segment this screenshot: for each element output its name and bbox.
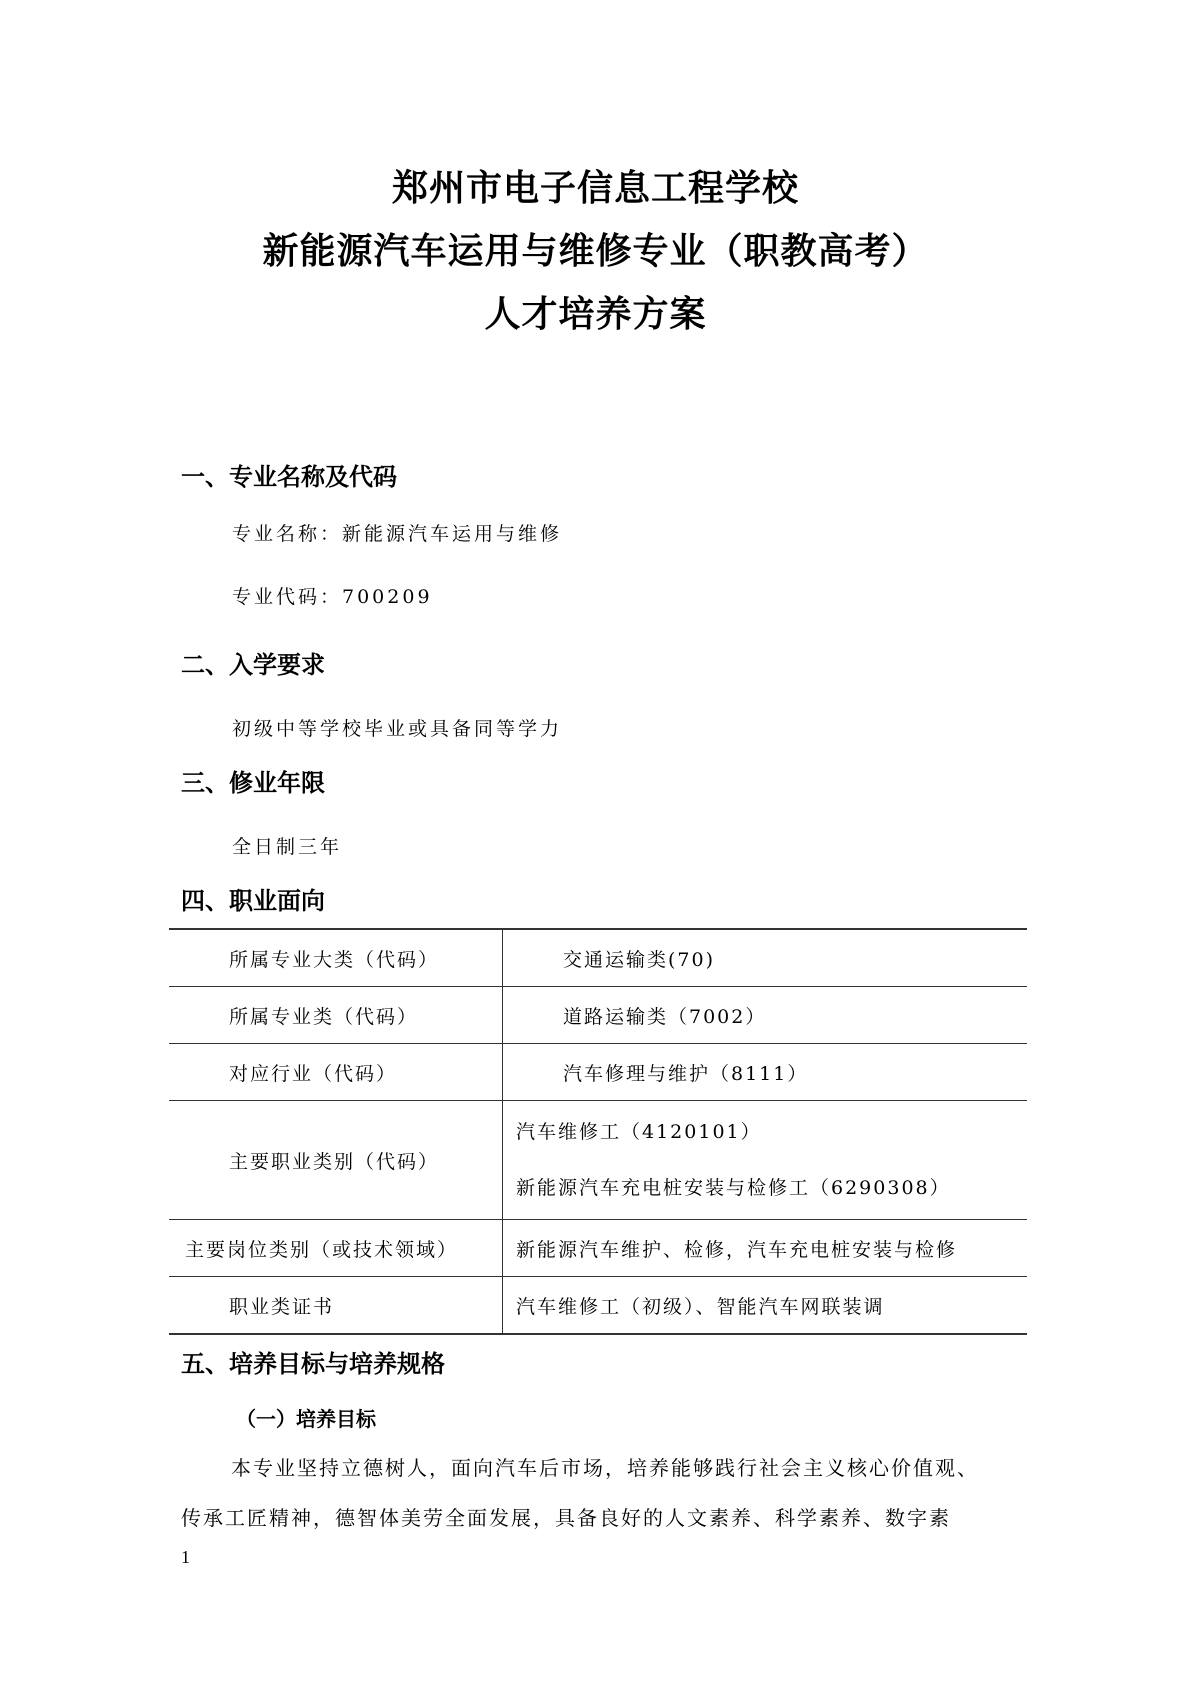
title-program: 新能源汽车运用与维修专业（职教高考） [0, 223, 1191, 274]
table-row: 所属专业大类（代码） 交通运输类(70) [169, 929, 1027, 987]
title-school: 郑州市电子信息工程学校 [0, 160, 1191, 211]
section-heading-3: 三、修业年限 [181, 763, 325, 798]
row-label: 所属专业大类（代码） [169, 945, 502, 972]
paragraph-line: 传承工匠精神，德智体美劳全面发展，具备良好的人文素养、科学素养、数字素 [181, 1493, 1021, 1543]
page-number: 1 [181, 1547, 190, 1568]
row-label: 所属专业类（代码） [169, 1002, 502, 1029]
section-heading-4: 四、职业面向 [181, 881, 325, 916]
row-value: 交通运输类(70) [503, 945, 1027, 972]
career-orientation-table: 所属专业大类（代码） 交通运输类(70) 所属专业类（代码） 道路运输类（700… [169, 928, 1027, 1335]
row-value: 汽车维修工（4120101） [503, 1104, 1027, 1160]
study-duration: 全日制三年 [232, 832, 342, 859]
row-value: 新能源汽车维护、检修，汽车充电桩安装与检修 [503, 1235, 1027, 1262]
row-label: 主要岗位类别（或技术领域） [169, 1235, 502, 1262]
row-value: 新能源汽车充电桩安装与检修工（6290308） [503, 1160, 1027, 1216]
training-goal-paragraph: 本专业坚持立德树人，面向汽车后市场，培养能够践行社会主义核心价值观、 传承工匠精… [181, 1443, 1021, 1543]
subsection-heading: （一）培养目标 [236, 1403, 376, 1432]
table-row: 主要职业类别（代码） 汽车维修工（4120101） 新能源汽车充电桩安装与检修工… [169, 1101, 1027, 1220]
section-heading-1: 一、专业名称及代码 [181, 457, 397, 492]
admission-requirement: 初级中等学校毕业或具备同等学力 [232, 714, 562, 741]
paragraph-line: 本专业坚持立德树人，面向汽车后市场，培养能够践行社会主义核心价值观、 [181, 1443, 1021, 1493]
row-label: 主要职业类别（代码） [169, 1147, 502, 1174]
section-heading-2: 二、入学要求 [181, 645, 325, 680]
row-value: 道路运输类（7002） [503, 1002, 1027, 1029]
row-label: 职业类证书 [169, 1292, 502, 1319]
section-heading-5: 五、培养目标与培养规格 [181, 1344, 445, 1379]
row-value: 汽车修理与维护（8111） [503, 1059, 1027, 1086]
table-row: 主要岗位类别（或技术领域） 新能源汽车维护、检修，汽车充电桩安装与检修 [169, 1220, 1027, 1277]
row-value: 汽车维修工（初级）、智能汽车网联装调 [503, 1292, 1027, 1319]
table-row: 对应行业（代码） 汽车修理与维护（8111） [169, 1044, 1027, 1101]
major-code: 专业代码：700209 [232, 582, 433, 609]
row-label: 对应行业（代码） [169, 1059, 502, 1086]
table-row: 职业类证书 汽车维修工（初级）、智能汽车网联装调 [169, 1277, 1027, 1335]
table-row: 所属专业类（代码） 道路运输类（7002） [169, 987, 1027, 1044]
major-name: 专业名称：新能源汽车运用与维修 [232, 519, 562, 546]
title-plan: 人才培养方案 [0, 286, 1191, 337]
